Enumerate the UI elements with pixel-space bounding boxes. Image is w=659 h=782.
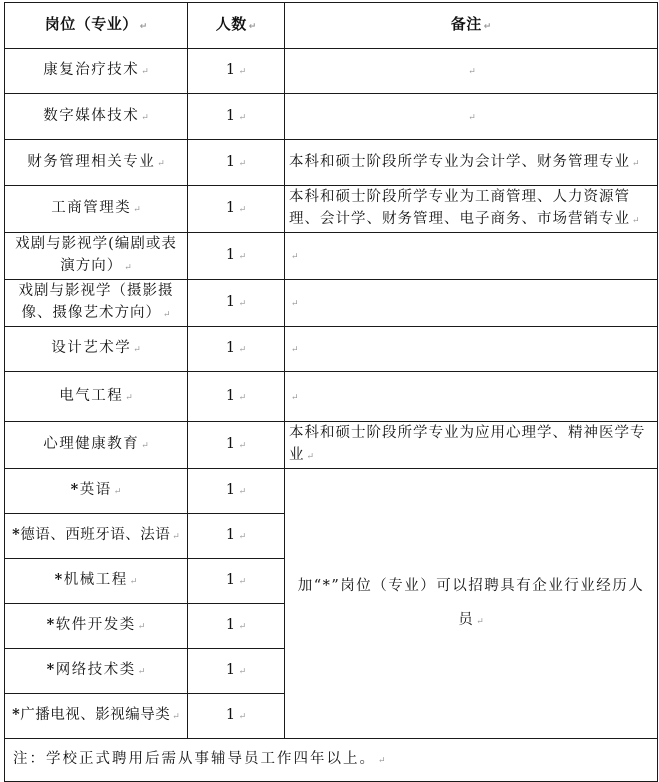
count-cell: 1↵ xyxy=(188,469,285,514)
remarks-cell: 本科和硕士阶段所学专业为会计学、财务管理专业↵ xyxy=(285,140,658,186)
paragraph-mark-icon: ↵ xyxy=(239,577,247,587)
position-cell: 数字媒体技术↵ xyxy=(5,94,188,140)
paragraph-mark-icon: ↵ xyxy=(632,159,640,169)
footer-note: 注：学校正式聘用后需从事辅导员工作四年以上。↵ xyxy=(5,739,658,782)
paragraph-mark-icon: ↵ xyxy=(239,252,247,262)
position-cell: *网络技术类↵ xyxy=(5,649,188,694)
position-cell: *广播电视、影视编导类↵ xyxy=(5,694,188,739)
paragraph-mark-icon: ↵ xyxy=(130,577,138,587)
table-row: 心理健康教育↵ 1↵ 本科和硕士阶段所学专业为应用心理学、精神医学专业↵ xyxy=(5,422,658,469)
position-cell: *德语、西班牙语、法语↵ xyxy=(5,514,188,559)
table-row: 工商管理类↵ 1↵ 本科和硕士阶段所学专业为工商管理、人力资源管理、会计学、财务… xyxy=(5,186,658,233)
paragraph-mark-icon: ↵ xyxy=(468,67,476,77)
table-row: 数字媒体技术↵ 1↵ ↵ xyxy=(5,94,658,140)
table-row: 戏剧与影视学(编剧或表演方向）↵ 1↵ ↵ xyxy=(5,233,658,280)
paragraph-mark-icon: ↵ xyxy=(239,622,247,632)
paragraph-mark-icon: ↵ xyxy=(239,667,247,677)
count-cell: 1↵ xyxy=(188,422,285,469)
header-row: 岗位（专业）↵ 人数↵ 备注↵ xyxy=(5,3,658,49)
paragraph-mark-icon: ↵ xyxy=(140,22,148,32)
count-cell: 1↵ xyxy=(188,140,285,186)
paragraph-mark-icon: ↵ xyxy=(239,487,247,497)
paragraph-mark-icon: ↵ xyxy=(291,393,299,403)
count-cell: 1↵ xyxy=(188,604,285,649)
footer-row: 注：学校正式聘用后需从事辅导员工作四年以上。↵ xyxy=(5,739,658,782)
paragraph-mark-icon: ↵ xyxy=(239,712,247,722)
paragraph-mark-icon: ↵ xyxy=(307,452,315,462)
star-marker: * xyxy=(47,616,56,633)
paragraph-mark-icon: ↵ xyxy=(125,393,133,403)
paragraph-mark-icon: ↵ xyxy=(239,441,247,451)
table-row: 电气工程↵ 1↵ ↵ xyxy=(5,372,658,422)
paragraph-mark-icon: ↵ xyxy=(163,310,171,320)
paragraph-mark-icon: ↵ xyxy=(133,205,141,215)
paragraph-mark-icon: ↵ xyxy=(172,712,180,722)
paragraph-mark-icon: ↵ xyxy=(133,345,141,355)
paragraph-mark-icon: ↵ xyxy=(114,487,122,497)
remarks-cell: ↵ xyxy=(285,94,658,140)
recruitment-table: 岗位（专业）↵ 人数↵ 备注↵ 康复治疗技术↵ 1↵ ↵ 数字媒体技术↵ 1↵ … xyxy=(4,2,658,782)
paragraph-mark-icon: ↵ xyxy=(291,252,299,262)
paragraph-mark-icon: ↵ xyxy=(239,67,247,77)
count-cell: 1↵ xyxy=(188,372,285,422)
paragraph-mark-icon: ↵ xyxy=(484,22,492,32)
position-cell: 戏剧与影视学(编剧或表演方向）↵ xyxy=(5,233,188,280)
remarks-cell: 本科和硕士阶段所学专业为工商管理、人力资源管理、会计学、财务管理、电子商务、市场… xyxy=(285,186,658,233)
star-marker: * xyxy=(47,661,56,678)
header-count: 人数↵ xyxy=(188,3,285,49)
starred-remarks-cell: 加“*”岗位（专业）可以招聘具有企业行业经历人员↵ xyxy=(285,469,658,739)
paragraph-mark-icon: ↵ xyxy=(239,345,247,355)
remarks-cell: 本科和硕士阶段所学专业为应用心理学、精神医学专业↵ xyxy=(285,422,658,469)
paragraph-mark-icon: ↵ xyxy=(141,113,149,123)
count-cell: 1↵ xyxy=(188,559,285,604)
position-cell: *软件开发类↵ xyxy=(5,604,188,649)
header-remarks: 备注↵ xyxy=(285,3,658,49)
table-row: *英语↵ 1↵ 加“*”岗位（专业）可以招聘具有企业行业经历人员↵ xyxy=(5,469,658,514)
position-cell: *英语↵ xyxy=(5,469,188,514)
paragraph-mark-icon: ↵ xyxy=(138,667,146,677)
paragraph-mark-icon: ↵ xyxy=(239,393,247,403)
position-cell: 康复治疗技术↵ xyxy=(5,49,188,94)
remarks-cell: ↵ xyxy=(285,327,658,372)
position-cell: 财务管理相关专业↵ xyxy=(5,140,188,186)
position-cell: 工商管理类↵ xyxy=(5,186,188,233)
paragraph-mark-icon: ↵ xyxy=(157,159,165,169)
star-marker: * xyxy=(71,481,80,498)
count-cell: 1↵ xyxy=(188,694,285,739)
position-cell: 戏剧与影视学（摄影摄像、摄像艺术方向）↵ xyxy=(5,280,188,327)
position-cell: 心理健康教育↵ xyxy=(5,422,188,469)
paragraph-mark-icon: ↵ xyxy=(239,113,247,123)
paragraph-mark-icon: ↵ xyxy=(239,159,247,169)
position-cell: *机械工程↵ xyxy=(5,559,188,604)
paragraph-mark-icon: ↵ xyxy=(141,441,149,451)
count-cell: 1↵ xyxy=(188,233,285,280)
count-cell: 1↵ xyxy=(188,94,285,140)
paragraph-mark-icon: ↵ xyxy=(291,345,299,355)
table-row: 设计艺术学↵ 1↵ ↵ xyxy=(5,327,658,372)
position-cell: 电气工程↵ xyxy=(5,372,188,422)
header-position: 岗位（专业）↵ xyxy=(5,3,188,49)
paragraph-mark-icon: ↵ xyxy=(138,622,146,632)
table-row: 康复治疗技术↵ 1↵ ↵ xyxy=(5,49,658,94)
star-marker: * xyxy=(55,571,64,588)
count-cell: 1↵ xyxy=(188,280,285,327)
paragraph-mark-icon: ↵ xyxy=(239,532,247,542)
paragraph-mark-icon: ↵ xyxy=(141,67,149,77)
remarks-cell: ↵ xyxy=(285,372,658,422)
table-row: 戏剧与影视学（摄影摄像、摄像艺术方向）↵ 1↵ ↵ xyxy=(5,280,658,327)
remarks-cell: ↵ xyxy=(285,49,658,94)
count-cell: 1↵ xyxy=(188,186,285,233)
count-cell: 1↵ xyxy=(188,514,285,559)
paragraph-mark-icon: ↵ xyxy=(468,113,476,123)
paragraph-mark-icon: ↵ xyxy=(249,22,257,32)
paragraph-mark-icon: ↵ xyxy=(378,756,386,766)
paragraph-mark-icon: ↵ xyxy=(239,205,247,215)
count-cell: 1↵ xyxy=(188,649,285,694)
remarks-cell: ↵ xyxy=(285,280,658,327)
paragraph-mark-icon: ↵ xyxy=(172,532,180,542)
count-cell: 1↵ xyxy=(188,327,285,372)
paragraph-mark-icon: ↵ xyxy=(291,299,299,309)
position-cell: 设计艺术学↵ xyxy=(5,327,188,372)
paragraph-mark-icon: ↵ xyxy=(632,216,640,226)
paragraph-mark-icon: ↵ xyxy=(124,263,132,273)
remarks-cell: ↵ xyxy=(285,233,658,280)
paragraph-mark-icon: ↵ xyxy=(239,299,247,309)
paragraph-mark-icon: ↵ xyxy=(476,617,484,627)
table-row: 财务管理相关专业↵ 1↵ 本科和硕士阶段所学专业为会计学、财务管理专业↵ xyxy=(5,140,658,186)
count-cell: 1↵ xyxy=(188,49,285,94)
